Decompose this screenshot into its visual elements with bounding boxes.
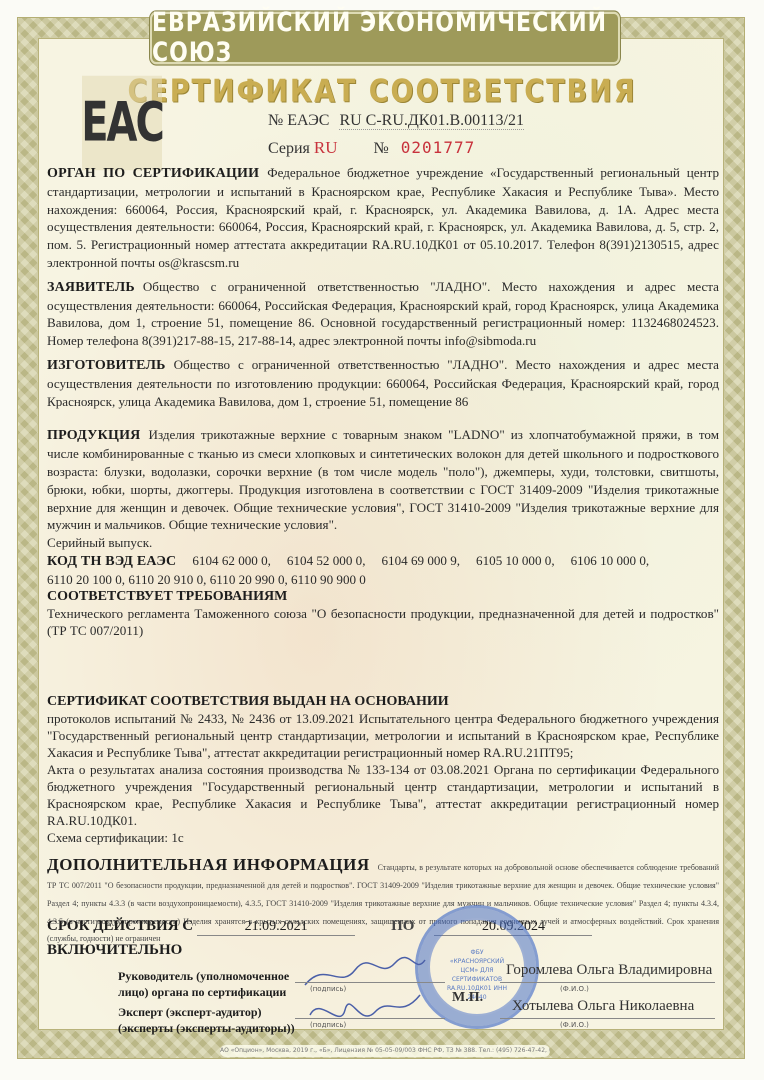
section-applicant: ЗАЯВИТЕЛЬОбщество с ограниченной ответст… [47, 278, 719, 350]
validity-to-label: ПО [391, 918, 414, 934]
section-tn-ved: КОД ТН ВЭД ЕАЭС6104 62 000 0,6104 52 000… [47, 552, 719, 589]
fio-caption: (Ф.И.О.) [560, 985, 589, 993]
series-label: Серия [268, 140, 310, 157]
expert-name-line [500, 1018, 715, 1019]
manufacturer-label: ИЗГОТОВИТЕЛЬ [47, 358, 166, 373]
tn-code: 6104 62 000 0, [192, 553, 271, 568]
number-value: RU С-RU.ДК01.В.00113/21 [339, 112, 524, 130]
product-text: Изделия трикотажные верхние с товарным з… [47, 427, 719, 532]
additional-label: ДОПОЛНИТЕЛЬНАЯ ИНФОРМАЦИЯ [47, 855, 370, 874]
requirements-label: СООТВЕТСТВУЕТ ТРЕБОВАНИЯМ [47, 589, 719, 605]
tn-codes-line2: 6110 20 100 0, 6110 20 910 0, 6110 20 99… [47, 572, 366, 587]
organ-label: ОРГАН ПО СЕРТИФИКАЦИИ [47, 166, 259, 181]
expert-name: Хотылева Ольга Николаевна [512, 998, 694, 1015]
tn-code: 6104 69 000 9, [381, 553, 460, 568]
requirements-text: Технического регламента Таможенного союз… [47, 606, 719, 639]
signature-caption: (подпись) [310, 1021, 346, 1029]
head-signature-line [295, 982, 445, 983]
head-label-line2: лицо) органа по сертификации [118, 984, 289, 1000]
validity-from-date: 21.09.2021 [197, 919, 355, 936]
seal-label: М.П. [452, 990, 483, 1006]
tn-code: 6106 10 000 0, [571, 553, 650, 568]
expert-label: Эксперт (эксперт-аудитор) (эксперты (экс… [118, 1004, 295, 1036]
eac-mark-icon: EAC [82, 76, 162, 171]
head-label-line1: Руководитель (уполномоченное [118, 968, 289, 984]
basis-label: СЕРТИФИКАТ СООТВЕТСТВИЯ ВЫДАН НА ОСНОВАН… [47, 694, 719, 710]
head-name-line [500, 982, 715, 983]
serial-number: 0201777 [401, 138, 475, 157]
number-label: № ЕАЭС [268, 112, 329, 129]
section-organ: ОРГАН ПО СЕРТИФИКАЦИИФедеральное бюджетн… [47, 164, 719, 272]
tn-ved-label: КОД ТН ВЭД ЕАЭС [47, 554, 176, 569]
head-label: Руководитель (уполномоченное лицо) орган… [118, 968, 289, 1000]
certificate-number: № ЕАЭС RU С-RU.ДК01.В.00113/21 [268, 112, 524, 130]
series-line: Серия RU № 0201777 [268, 138, 475, 158]
expert-label-line2: (эксперты (эксперты-аудиторы)) [118, 1020, 295, 1036]
basis-protocols: протоколов испытаний № 2433, № 2436 от 1… [47, 710, 719, 761]
applicant-text: Общество с ограниченной ответственностью… [47, 279, 719, 348]
union-banner: ЕВРАЗИЙСКИЙ ЭКОНОМИЧЕСКИЙ СОЮЗ [150, 12, 620, 65]
basis-act: Акта о результатах анализа состояния про… [47, 761, 719, 829]
printer-info: АО «Опцион», Москва, 2019 г., «Б», Лицен… [220, 1045, 550, 1057]
expert-label-line1: Эксперт (эксперт-аудитор) [118, 1004, 295, 1020]
tn-code: 6105 10 000 0, [476, 553, 555, 568]
product-release: Серийный выпуск. [47, 534, 719, 552]
validity-from-label: СРОК ДЕЙСТВИЯ С [47, 918, 193, 934]
section-product: ПРОДУКЦИЯИзделия трикотажные верхние с т… [47, 426, 719, 534]
product-label: ПРОДУКЦИЯ [47, 428, 140, 443]
serial-label: № [374, 140, 389, 157]
signature-caption: (подпись) [310, 985, 346, 993]
section-requirements: СООТВЕТСТВУЕТ ТРЕБОВАНИЯМ Технического р… [47, 589, 719, 641]
series-value: RU [314, 138, 338, 157]
basis-scheme: Схема сертификации: 1с [47, 829, 719, 846]
head-name: Горомлева Ольга Владимировна [506, 962, 712, 979]
tn-code: 6104 52 000 0, [287, 553, 366, 568]
section-manufacturer: ИЗГОТОВИТЕЛЬОбщество с ограниченной отве… [47, 356, 719, 410]
fio-caption: (Ф.И.О.) [560, 1021, 589, 1029]
applicant-label: ЗАЯВИТЕЛЬ [47, 280, 135, 295]
section-basis: СЕРТИФИКАТ СООТВЕТСТВИЯ ВЫДАН НА ОСНОВАН… [47, 694, 719, 846]
certificate-content: ОРГАН ПО СЕРТИФИКАЦИИФедеральное бюджетн… [47, 164, 719, 952]
expert-signature-line [295, 1018, 445, 1019]
